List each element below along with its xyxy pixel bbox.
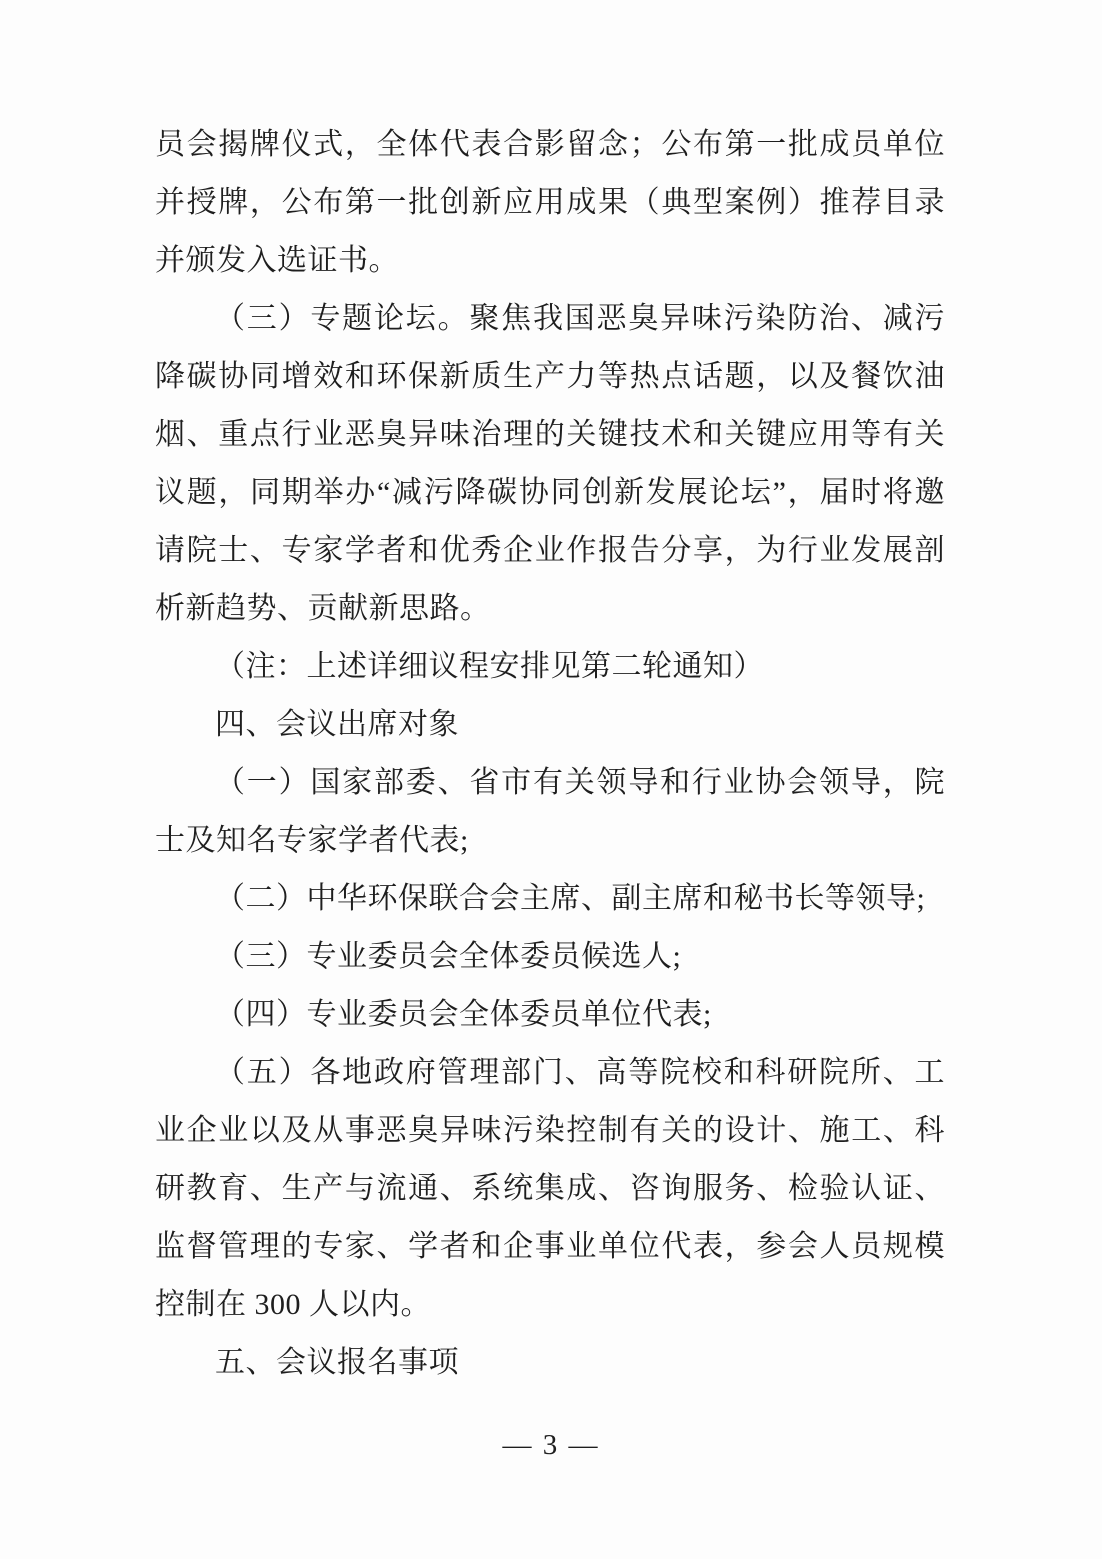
attendee-item-5: （五）各地政府管理部门、高等院校和科研院所、工业企业以及从事恶臭异味污染控制有关… — [155, 1044, 945, 1334]
document-page: 员会揭牌仪式，全体代表合影留念；公布第一批成员单位并授牌，公布第一批创新应用成果… — [0, 0, 1102, 1559]
paragraph-topic-forum: （三）专题论坛。聚焦我国恶臭异味污染防治、减污降碳协同增效和环保新质生产力等热点… — [155, 290, 945, 638]
page-number: — 3 — — [0, 1429, 1102, 1461]
document-body: 员会揭牌仪式，全体代表合影留念；公布第一批成员单位并授牌，公布第一批创新应用成果… — [155, 116, 945, 1392]
paragraph-ceremony-continuation: 员会揭牌仪式，全体代表合影留念；公布第一批成员单位并授牌，公布第一批创新应用成果… — [155, 116, 945, 290]
heading-section4-attendees: 四、会议出席对象 — [155, 696, 945, 754]
attendee-item-1: （一）国家部委、省市有关领导和行业协会领导，院士及知名专家学者代表; — [155, 754, 945, 870]
attendee-item-4: （四）专业委员会全体委员单位代表; — [155, 986, 945, 1044]
attendee-item-3: （三）专业委员会全体委员候选人; — [155, 928, 945, 986]
note-agenda-second-notice: （注：上述详细议程安排见第二轮通知） — [155, 638, 945, 696]
heading-section5-registration: 五、会议报名事项 — [155, 1334, 945, 1392]
attendee-item-2: （二）中华环保联合会主席、副主席和秘书长等领导; — [155, 870, 945, 928]
